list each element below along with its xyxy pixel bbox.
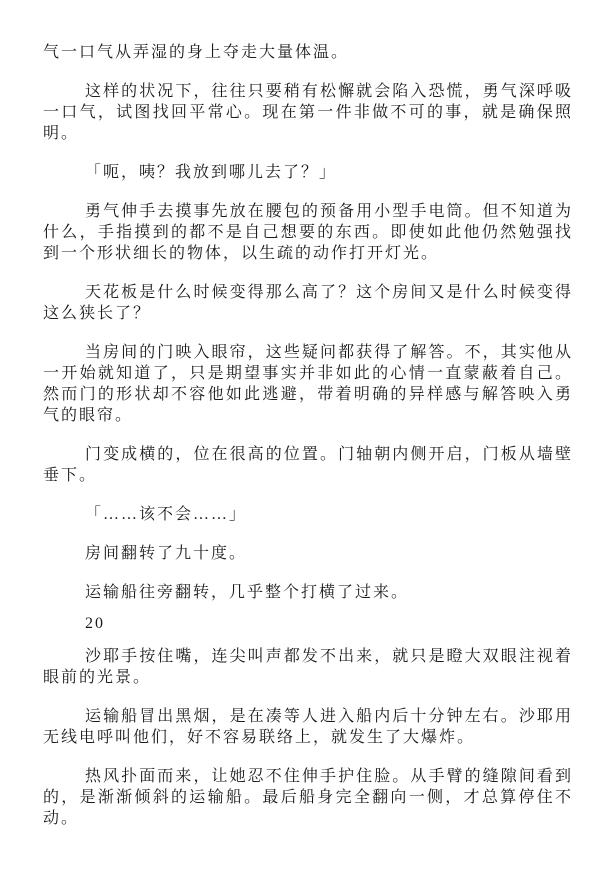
paragraph: 天花板是什么时候变得那么高了？这个房间又是什么时候变得这么狭长了？ [43,282,573,324]
paragraph: 当房间的门映入眼帘，这些疑问都获得了解答。不，其实他从一开始就知道了，只是期望事… [43,342,573,426]
paragraph: 这样的状况下，往往只要稍有松懈就会陷入恐慌，勇气深呼吸一口气，试图找回平常心。现… [43,81,573,144]
dialogue-line: 「呃，咦？我放到哪儿去了？」 [43,162,573,183]
paragraph-continuation: 气一口气从弄湿的身上夺走大量体温。 [43,42,573,63]
paragraph: 房间翻转了九十度。 [43,543,573,564]
section-number-label: 20 [43,613,573,634]
paragraph: 勇气伸手去摸事先放在腰包的预备用小型手电筒。但不知道为什么，手指摸到的都不是自己… [43,201,573,264]
paragraph: 热风扑面而来，让她忍不住伸手护住脸。从手臂的缝隙间看到的，是渐渐倾斜的运输船。最… [43,766,573,829]
dialogue-line: 「……该不会……」 [43,504,573,525]
paragraph: 门变成横的，位在很高的位置。门轴朝内侧开启，门板从墙壁垂下。 [43,444,573,486]
paragraph: 运输船冒出黑烟，是在凑等人进入船内后十分钟左右。沙耶用无线电呼叫他们，好不容易联… [43,706,573,748]
paragraph: 沙耶手按住嘴，连尖叫声都发不出来，就只是瞪大双眼注视着眼前的光景。 [43,646,573,688]
paragraph: 运输船往旁翻转，几乎整个打横了过来。 [43,582,573,603]
document-page: 气一口气从弄湿的身上夺走大量体温。 这样的状况下，往往只要稍有松懈就会陷入恐慌，… [0,0,613,869]
